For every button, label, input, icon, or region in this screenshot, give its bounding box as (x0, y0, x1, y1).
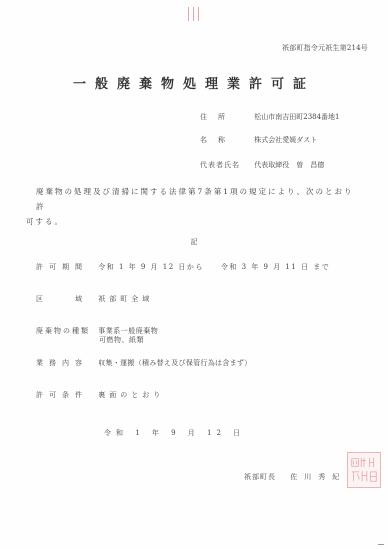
document-title: 一般廃棄物処理業許可証 (0, 73, 388, 92)
punch-mark (188, 6, 212, 20)
issuer-title: 祇部町長 (244, 473, 276, 481)
item-waste-type: 廃棄物の種類 事業系一般廃棄物 可燃物、紙類 (36, 326, 158, 336)
item-permit-period: 許可期間 令和 1 年 9 月 12 日から 令和 3 年 9 月 11 日 ま… (36, 262, 330, 272)
issuer-name: 佐川秀紀 (290, 473, 346, 481)
address-label: 住 所 (200, 112, 252, 122)
item-value: 収集・運搬（積み替え及び保管行為は含まず） (98, 358, 251, 368)
item-label: 業務内容 (36, 358, 96, 368)
holder-address-row: 住 所 松山市南吉田町2384番地1 (200, 112, 340, 122)
body-line-1: 廃棄物の処理及び清掃に関する法律第7条第1項の規定により、次のとおり許 (36, 184, 356, 214)
document-number: 祇部町指令元祇生第214号 (282, 43, 368, 53)
item-label: 許可期間 (36, 262, 96, 272)
representative-value: 代表取締役 曽 昌德 (254, 160, 324, 170)
address-value: 松山市南吉田町2384番地1 (254, 112, 339, 122)
permit-document-page: 祇部町指令元祇生第214号 一般廃棄物処理業許可証 住 所 松山市南吉田町238… (0, 0, 388, 549)
item-value: 令和 1 年 9 月 12 日から 令和 3 年 9 月 11 日 まで (98, 262, 330, 272)
body-line-2: 可する。 (26, 214, 356, 229)
seal-glyph-icon (348, 453, 380, 487)
item-label: 許可条件 (36, 390, 96, 400)
holder-representative-row: 代表者氏名 代表取締役 曽 昌德 (200, 160, 324, 170)
item-subvalue: 可燃物、紙類 (99, 335, 144, 345)
name-label: 名 称 (200, 135, 252, 145)
body-paragraph: 廃棄物の処理及び清掃に関する法律第7条第1項の規定により、次のとおり許 可する。 (36, 184, 356, 229)
official-seal-stamp (347, 452, 381, 488)
item-value: 祇部町全域 (98, 294, 153, 304)
issuer-signature: 祇部町長 佐川秀紀 (244, 472, 346, 482)
issue-date: 令和 1 年 9 月 12 日 (104, 428, 245, 438)
scan-edge-mark (378, 544, 384, 545)
name-value: 株式会社愛媛ダスト (254, 135, 317, 145)
representative-label: 代表者氏名 (200, 160, 252, 170)
item-label: 区 域 (36, 294, 96, 304)
item-label: 廃棄物の種類 (36, 326, 96, 336)
item-permit-conditions: 許可条件 裏面のとおり (36, 390, 164, 400)
ki-heading: 記 (0, 237, 388, 247)
item-area: 区 域 祇部町全域 (36, 294, 153, 304)
item-value: 裏面のとおり (98, 390, 164, 400)
holder-name-row: 名 称 株式会社愛媛ダスト (200, 135, 317, 145)
item-business-content: 業務内容 収集・運搬（積み替え及び保管行為は含まず） (36, 358, 252, 368)
